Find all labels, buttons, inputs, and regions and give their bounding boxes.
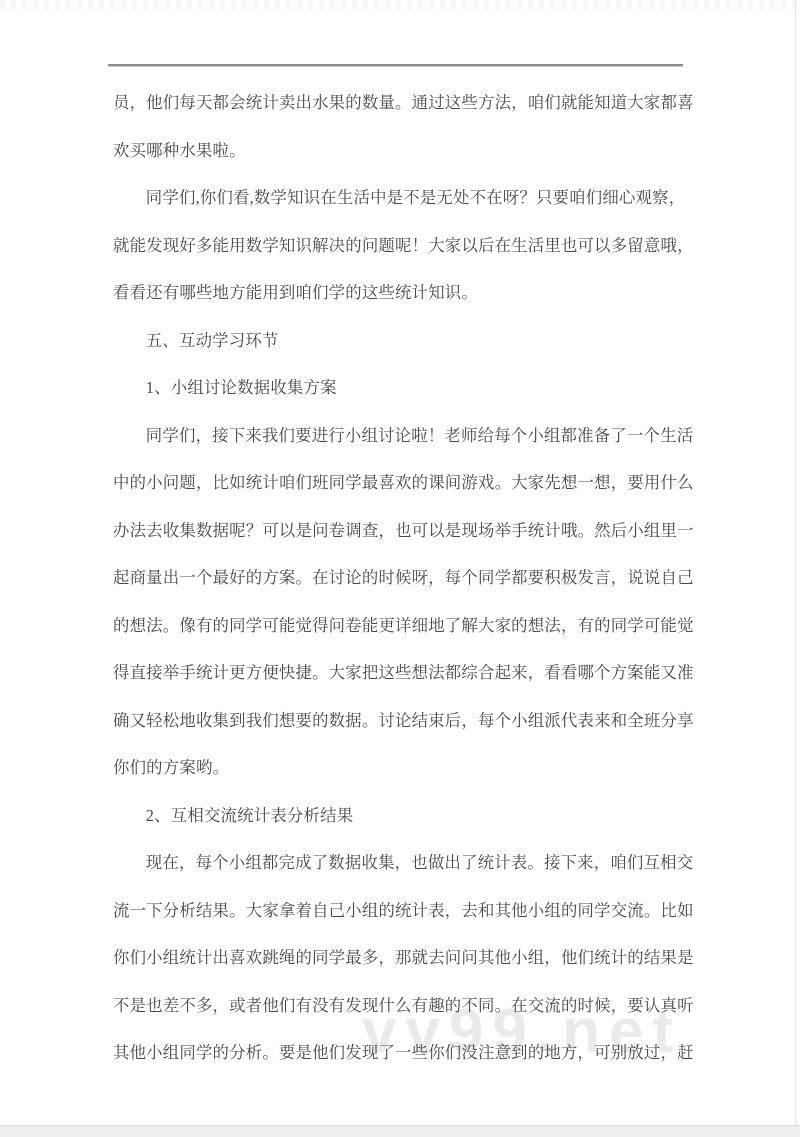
body-line: 确又轻松地收集到我们想要的数据。讨论结束后，每个小组派代表来和全班分享: [113, 697, 691, 745]
page-bottom-gap: [0, 1125, 800, 1137]
section-heading-5: 五、互动学习环节: [113, 317, 691, 365]
body-line: 同学们，接下来我们要进行小组讨论啦！老师给每个小组都准备了一个生活: [113, 412, 691, 460]
body-line: 中的小问题，比如统计咱们班同学最喜欢的课间游戏。大家先想一想，要用什么: [113, 459, 691, 507]
body-line: 就能发现好多能用数学知识解决的问题呢！大家以后在生活里也可以多留意哦，: [113, 222, 691, 270]
body-line: 流一下分析结果。大家拿着自己小组的统计表，去和其他小组的同学交流。比如: [113, 887, 691, 935]
subsection-heading-2: 2、互相交流统计表分析结果: [113, 792, 691, 840]
body-line: 你们小组统计出喜欢跳绳的同学最多，那就去问问其他小组，他们统计的结果是: [113, 934, 691, 982]
page-top-texture: [0, 0, 800, 10]
body-line: 得直接举手统计更方便快捷。大家把这些想法都综合起来，看看哪个方案能又准: [113, 649, 691, 697]
subsection-heading-1: 1、小组讨论数据收集方案: [113, 364, 691, 412]
body-line: 欢买哪种水果啦。: [113, 127, 691, 175]
body-line: 办法去收集数据呢？可以是问卷调查，也可以是现场举手统计哦。然后小组里一: [113, 507, 691, 555]
body-line: 起商量出一个最好的方案。在讨论的时候呀，每个同学都要积极发言，说说自己: [113, 554, 691, 602]
page-edge-line: [795, 0, 796, 1137]
header-rule: [108, 64, 683, 67]
document-text-column: 员，他们每天都会统计卖出水果的数量。通过这些方法，咱们就能知道大家都喜 欢买哪种…: [113, 79, 691, 1077]
body-line: 现在，每个小组都完成了数据收集，也做出了统计表。接下来，咱们互相交: [113, 839, 691, 887]
body-line: 看看还有哪些地方能用到咱们学的这些统计知识。: [113, 269, 691, 317]
body-line: 的想法。像有的同学可能觉得问卷能更详细地了解大家的想法，有的同学可能觉: [113, 602, 691, 650]
body-line: 员，他们每天都会统计卖出水果的数量。通过这些方法，咱们就能知道大家都喜: [113, 79, 691, 127]
body-line: 同学们,你们看,数学知识在生活中是不是无处不在呀？只要咱们细心观察，: [113, 174, 691, 222]
body-line: 不是也差不多，或者他们有没有发现什么有趣的不同。在交流的时候，要认真听: [113, 982, 691, 1030]
document-page: vv99.net 员，他们每天都会统计卖出水果的数量。通过这些方法，咱们就能知道…: [0, 0, 800, 1137]
body-line: 你们的方案哟。: [113, 744, 691, 792]
body-line: 其他小组同学的分析。要是他们发现了一些你们没注意到的地方，可别放过，赶: [113, 1029, 691, 1077]
